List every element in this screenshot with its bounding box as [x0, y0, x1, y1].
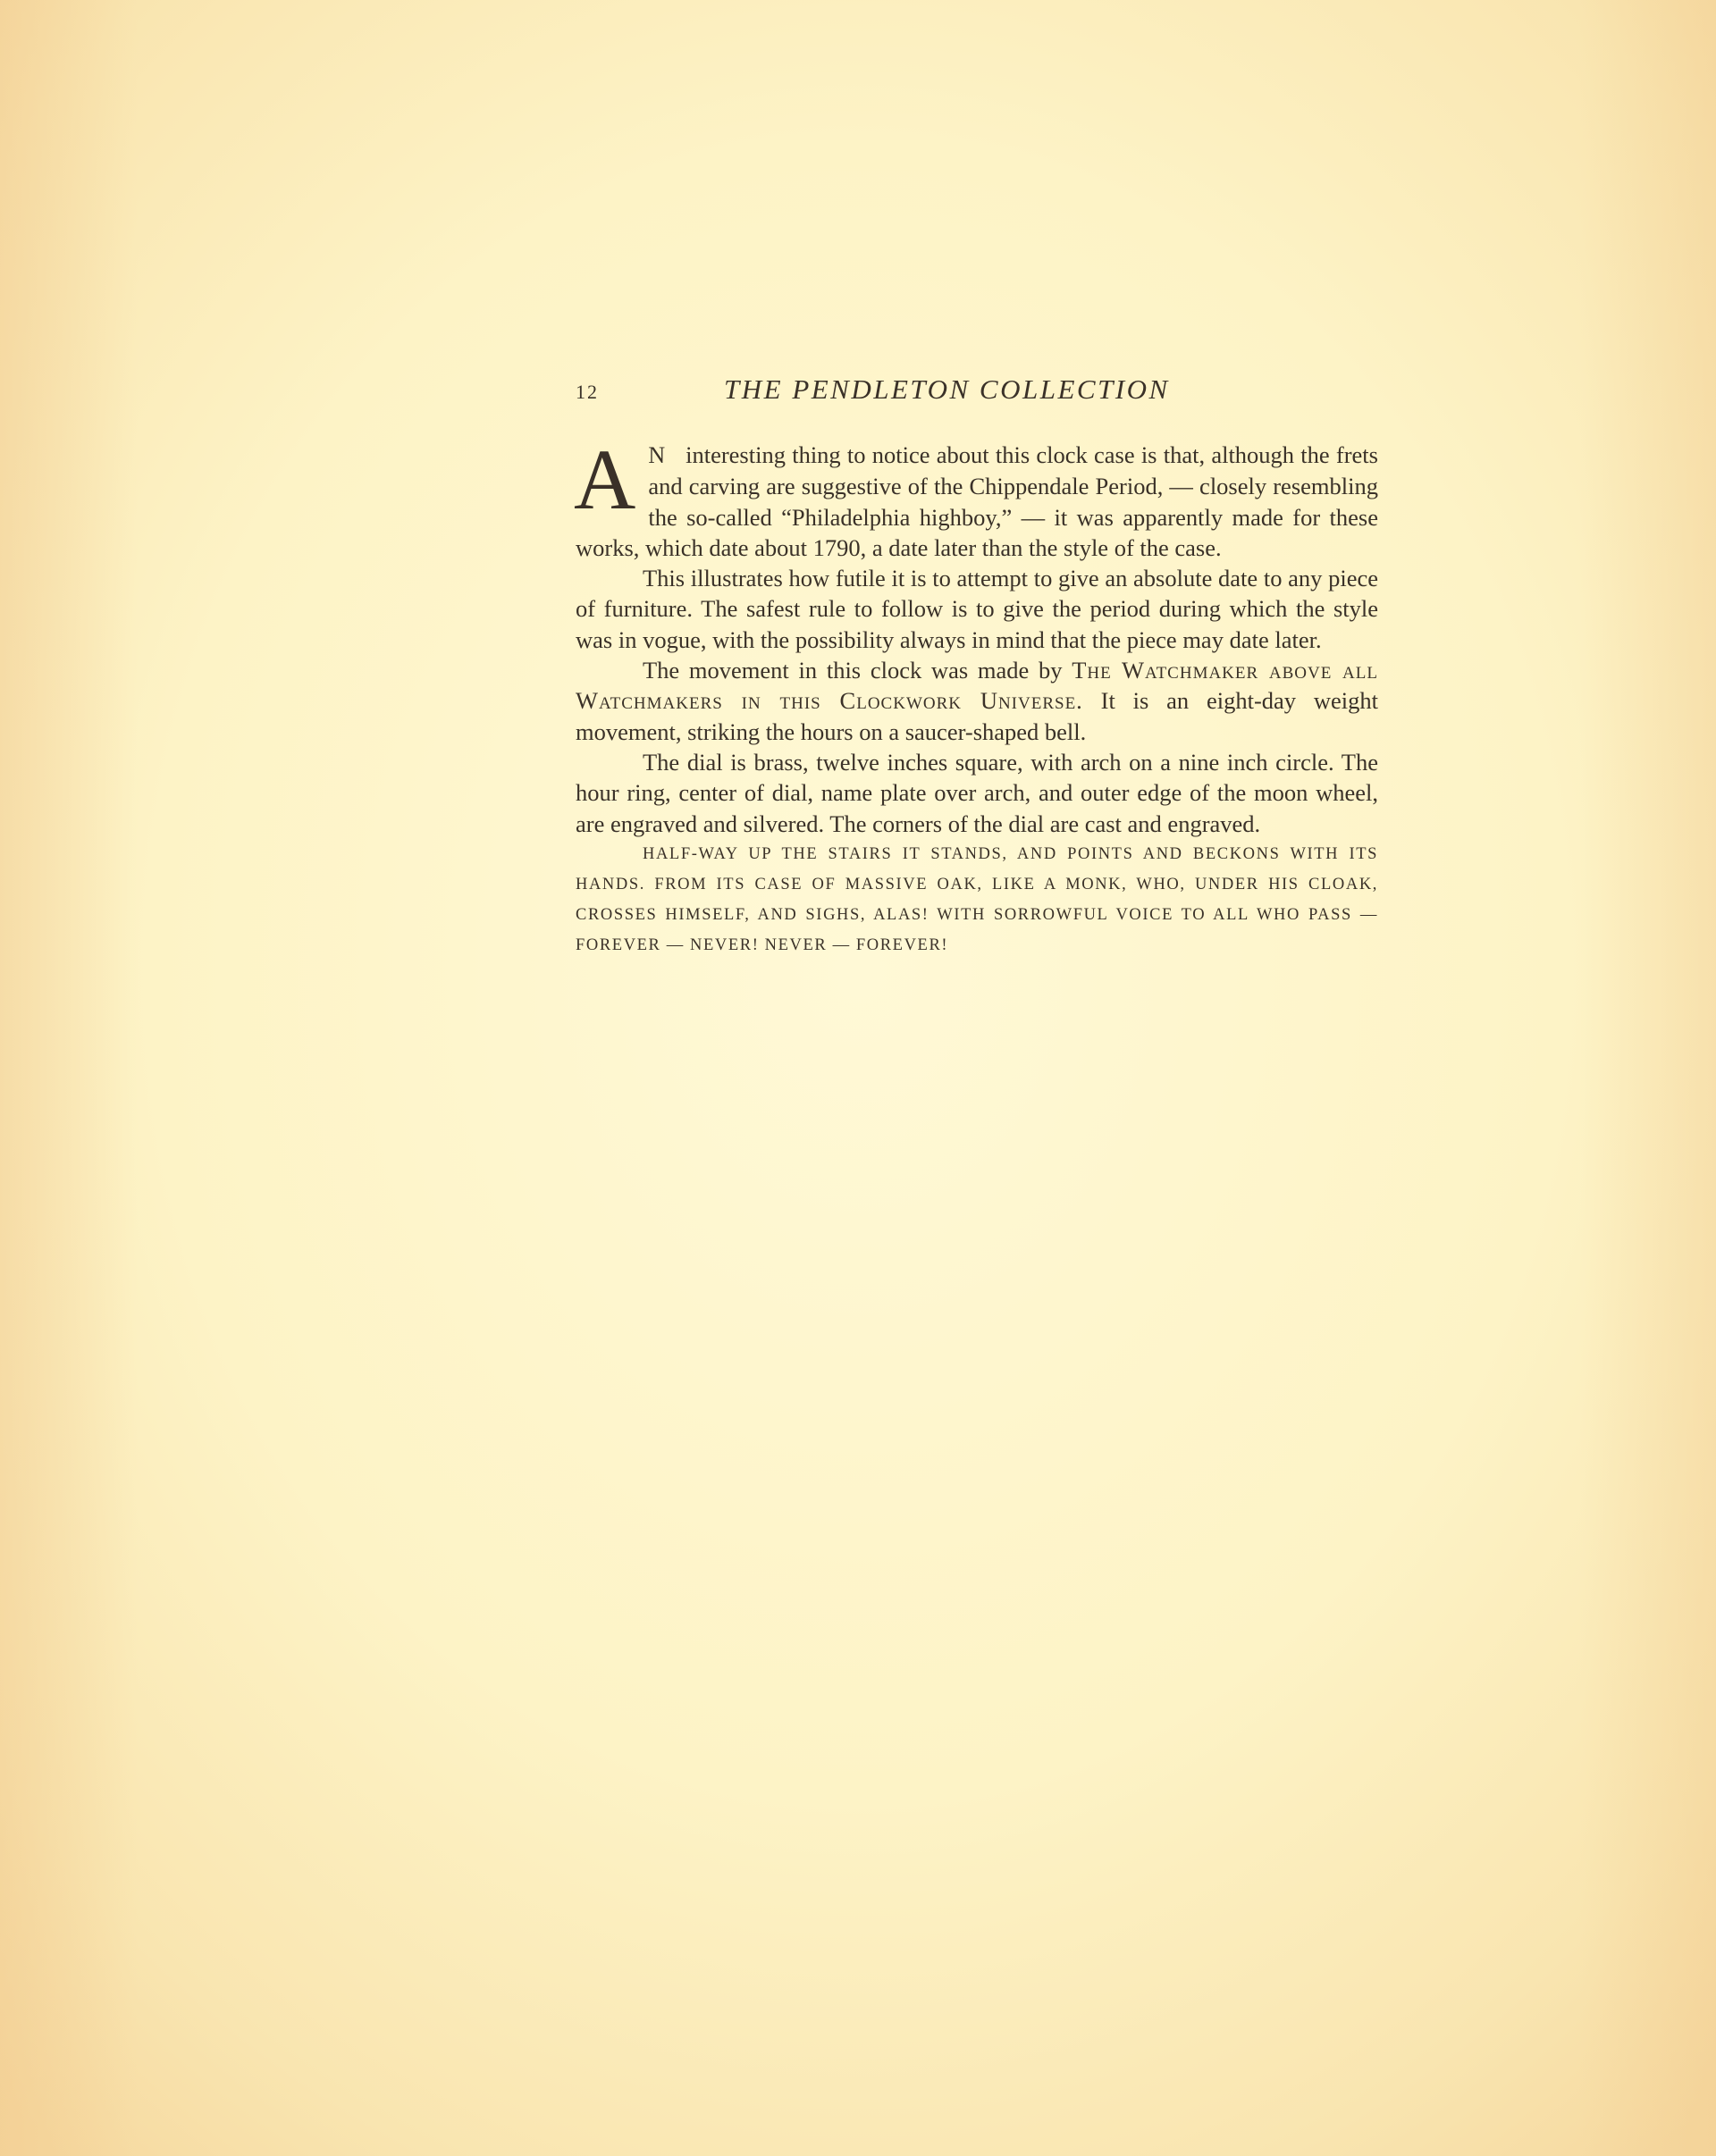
paragraph-1: ANinteresting thing to notice about this… [576, 440, 1378, 563]
paragraph-2: This illustrates how futile it is to att… [576, 563, 1378, 655]
paper-background [0, 0, 1716, 2156]
first-word-rest: N [648, 442, 666, 468]
paragraph-3: The movement in this clock was made by T… [576, 655, 1378, 747]
paragraph-1-text: interesting thing to notice about this c… [576, 441, 1378, 561]
paragraph-4: The dial is brass, twelve inches square,… [576, 747, 1378, 839]
running-title: THE PENDLETON COLLECTION [724, 373, 1170, 406]
verse-quotation: Half-way up the stairs it stands, and po… [576, 839, 1378, 961]
page-number: 12 [576, 381, 599, 404]
body-text: ANinteresting thing to notice about this… [576, 440, 1378, 961]
paragraph-3-text-before: The movement in this clock was made by [643, 657, 1062, 684]
drop-cap: A [574, 447, 635, 511]
book-page: 12 THE PENDLETON COLLECTION ANinterestin… [576, 373, 1378, 961]
running-head: 12 THE PENDLETON COLLECTION [576, 373, 1378, 415]
